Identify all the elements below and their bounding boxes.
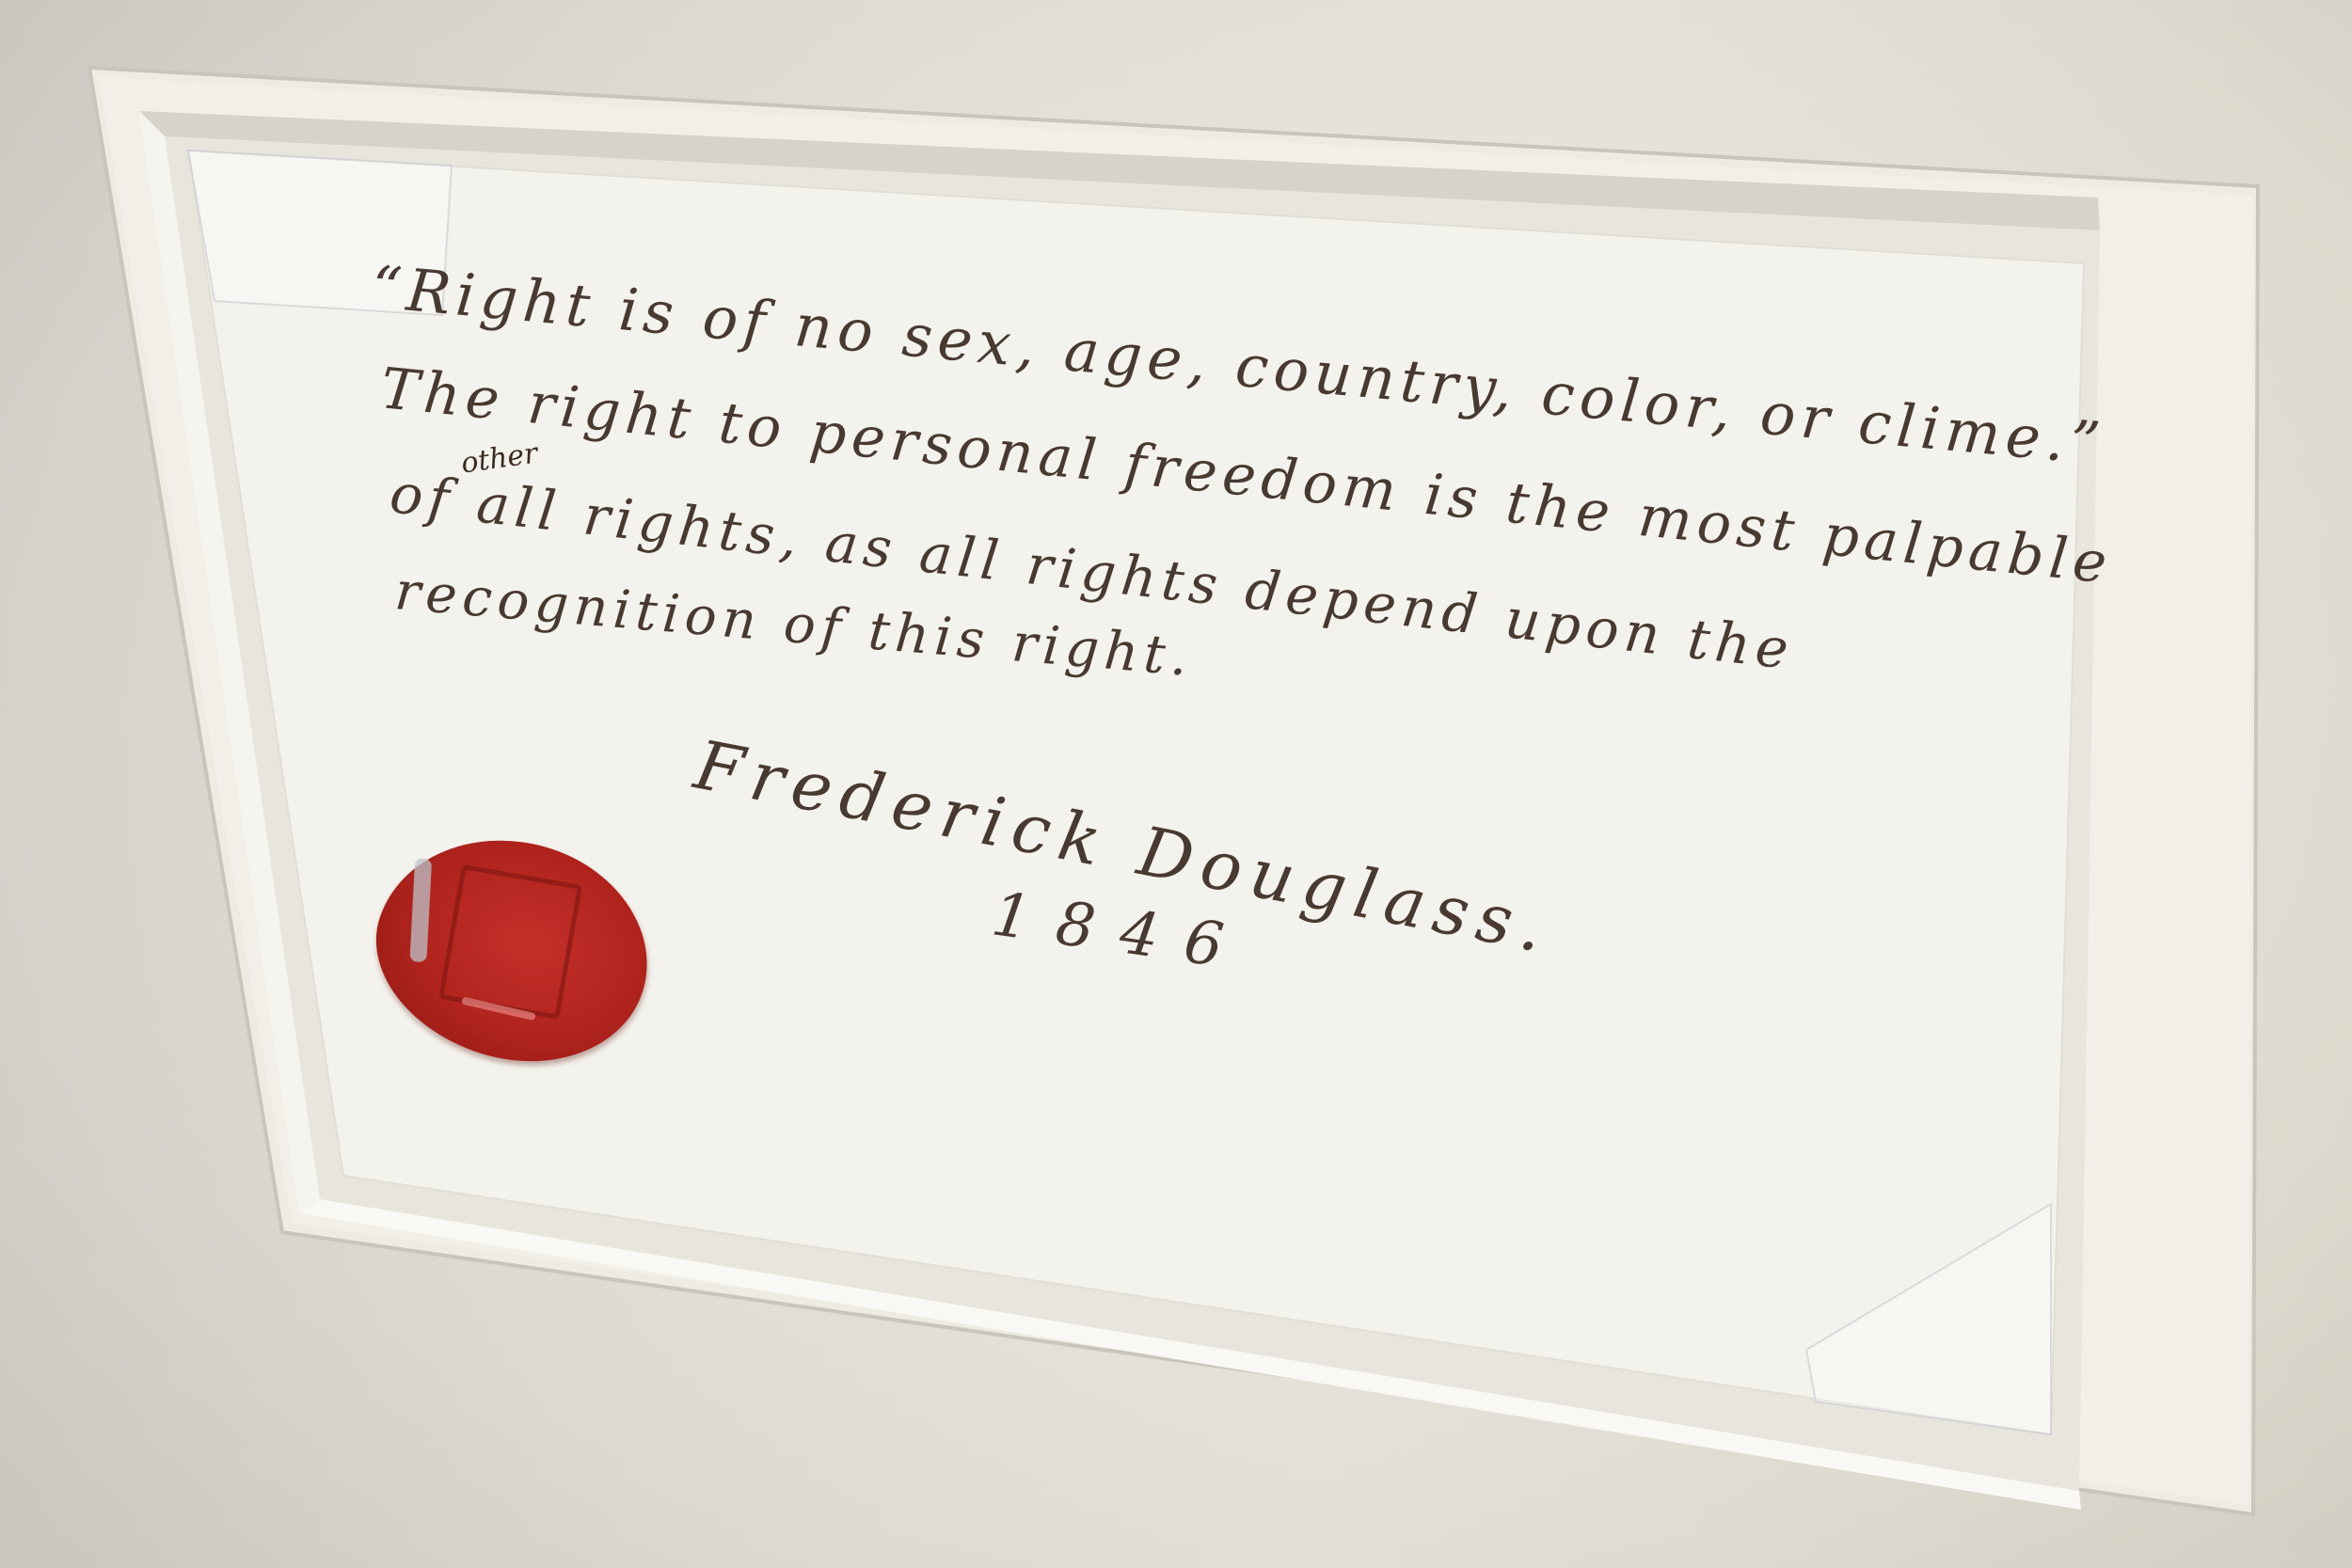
- seal-emblem: [438, 864, 582, 1020]
- picture-frame: [0, 0, 2352, 1568]
- seal-crack: [409, 858, 432, 962]
- frame-svg: [0, 0, 2352, 1568]
